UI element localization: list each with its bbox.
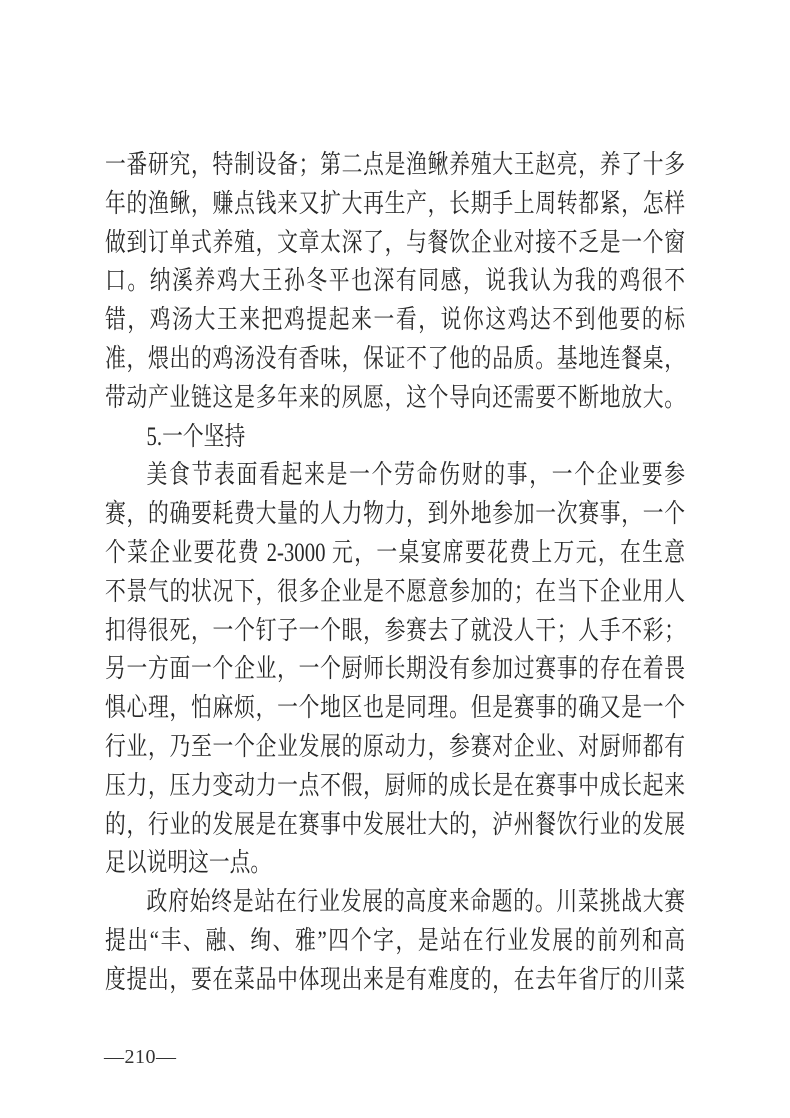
text-line: 的，行业的发展是在赛事中发展壮大的，泸州餐饮行业的发展 [105,806,685,845]
text-line: 赛，的确要耗费大量的人力物力，到外地参加一次赛事，一个 [105,495,685,534]
page-number: —210— [104,1046,177,1069]
text-line: 政府始终是站在行业发展的高度来命题的。川菜挑战大赛 [105,883,685,922]
text-line: 错，鸡汤大王来把鸡提起来一看，说你这鸡达不到他要的标 [105,301,685,340]
text-line: 准，煨出的鸡汤没有香味，保证不了他的品质。基地连餐桌， [105,340,685,379]
text-line: 扣得很死，一个钉子一个眼，参赛去了就没人干；人手不彩； [105,612,685,651]
text-line: 带动产业链这是多年来的夙愿，这个导向还需要不断地放大。 [105,379,685,418]
text-line: 年的渔鳅，赚点钱来又扩大再生产，长期手上周转都紧，怎样 [105,185,685,224]
text-line: 度提出，要在菜品中体现出来是有难度的，在去年省厅的川菜 [105,961,685,1000]
document-page: 一番研究，特制设备；第二点是渔鳅养殖大王赵亮，养了十多年的渔鳅，赚点钱来又扩大再… [0,0,790,1118]
text-line: 惧心理，怕麻烦，一个地区也是同理。但是赛事的确又是一个 [105,689,685,728]
text-line: 个菜企业要花费 2-3000 元，一桌宴席要花费上万元，在生意 [105,534,685,573]
text-line: 做到订单式养殖，文章太深了，与餐饮企业对接不乏是一个窗 [105,224,685,263]
text-line: 5.一个坚持 [105,418,685,457]
text-line: 行业，乃至一个企业发展的原动力，参赛对企业、对厨师都有 [105,728,685,767]
text-line: 提出“丰、融、绚、雅”四个字，是站在行业发展的前列和高 [105,922,685,961]
text-line: 口。纳溪养鸡大王孙冬平也深有同感，说我认为我的鸡很不 [105,262,685,301]
page-body-text: 一番研究，特制设备；第二点是渔鳅养殖大王赵亮，养了十多年的渔鳅，赚点钱来又扩大再… [105,146,685,1000]
text-line: 足以说明这一点。 [105,844,685,883]
text-line: 一番研究，特制设备；第二点是渔鳅养殖大王赵亮，养了十多 [105,146,685,185]
text-line: 不景气的状况下，很多企业是不愿意参加的；在当下企业用人 [105,573,685,612]
text-line: 压力，压力变动力一点不假，厨师的成长是在赛事中成长起来 [105,767,685,806]
text-line: 另一方面一个企业，一个厨师长期没有参加过赛事的存在着畏 [105,650,685,689]
text-line: 美食节表面看起来是一个劳命伤财的事，一个企业要参 [105,456,685,495]
